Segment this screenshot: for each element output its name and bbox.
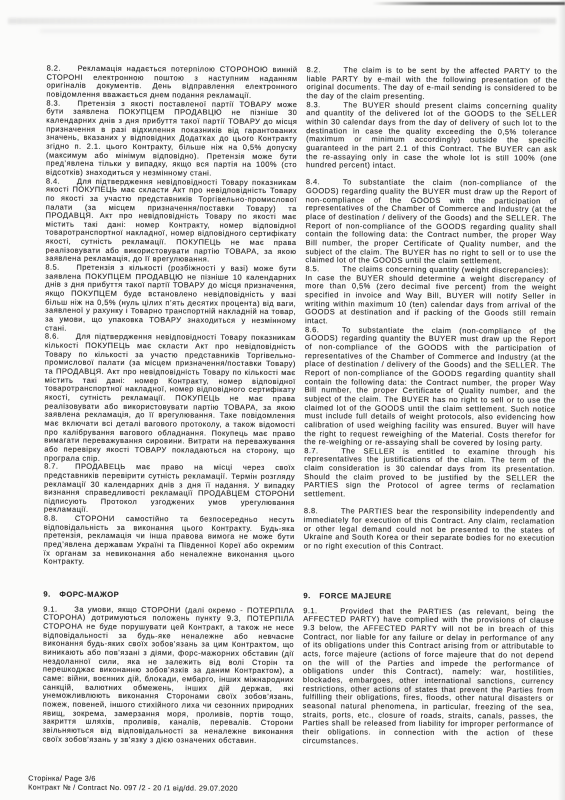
clause-8-6-en: 8.6.To substantiate the claim (non-compl…	[304, 326, 556, 449]
scanned-contract-page: 8.2.Рекламація надається потерпілою СТОР…	[0, 0, 565, 800]
section-title: FORCE MAJEURE	[319, 591, 391, 600]
clause-8-7-en: 8.7.The SELLER is entitled to examine th…	[304, 447, 555, 500]
page-footer: Сторінка/ Page 3/6 Контракт № / Contract…	[28, 773, 553, 795]
section-number: 9.	[303, 592, 319, 601]
clause-text: Рекламація надається потерпілою СТОРОНОЮ…	[46, 64, 297, 100]
section-9-force-majeure: 9.ФОРС-МАЖОР 9.1.За умови, якщо СТОРОНИ …	[42, 591, 554, 747]
clause-text: ПРОДАВЕЦЬ має право на місці через своїх…	[44, 462, 295, 514]
clause-text: The claim is to be sent by the affected …	[306, 65, 557, 100]
clause-8-7-uk: 8.7.ПРОДАВЕЦЬ має право на місці через с…	[44, 463, 295, 516]
clause-8-6-uk: 8.6.Для підтвердження невідповідності То…	[44, 333, 296, 464]
section-8-claims: 8.2.Рекламація надається потерпілою СТОР…	[44, 65, 558, 570]
clause-text: СТОРОНИ самостійно та безпосередньо несу…	[44, 514, 295, 566]
section-number: 9.	[43, 591, 59, 600]
column-ukrainian: 8.2.Рекламація надається потерпілою СТОР…	[44, 65, 298, 569]
clause-8-3-en: 8.3.The BUYER should present claims conc…	[306, 101, 557, 172]
column-english: 8.2.The claim is to be sent by the affec…	[304, 66, 558, 570]
scan-tilt-wrapper: 8.2.Рекламація надається потерпілою СТОР…	[0, 0, 565, 800]
clause-text: The PARTIES bear the responsibility inde…	[304, 507, 555, 551]
clause-8-4-en: 8.4.To substantiate the claim (non-compl…	[305, 179, 557, 267]
clause-9-1-en: 9.1.Provided that the PARTIES (as releva…	[302, 607, 554, 747]
section-title: ФОРС-МАЖОР	[59, 590, 119, 599]
clause-text: За умови, якщо СТОРОНИ (далі окремо - ПО…	[42, 604, 294, 744]
clause-text: The claims concerning quantity (weight d…	[305, 264, 556, 325]
clause-text: The SELLER is entitled to examine throug…	[304, 446, 555, 498]
column-english-sec9: 9.FORCE MAJEURE 9.1.Provided that the PA…	[302, 592, 554, 747]
clause-text: To substantiate the claim (non-complianc…	[304, 325, 556, 448]
clause-8-4-uk: 8.4.Для підтвердження невідповідності То…	[45, 177, 297, 265]
clause-8-3-uk: 8.3.Претензія з якості поставленої парті…	[46, 99, 297, 178]
clause-text: Претензія з кількості (розбіжності у ваз…	[45, 263, 296, 333]
clause-text: Provided that the PARTIES (as relevant, …	[302, 606, 554, 745]
contract-body: 8.2.Рекламація надається потерпілою СТОР…	[42, 65, 557, 796]
clause-8-8-en: 8.8.The PARTIES bear the responsibility …	[304, 507, 555, 552]
clause-8-8-uk: 8.8.СТОРОНИ самостійно та безпосередньо …	[44, 515, 295, 568]
clause-8-5-uk: 8.5.Претензія з кількості (розбіжності у…	[45, 264, 296, 335]
column-ukrainian-sec9: 9.ФОРС-МАЖОР 9.1.За умови, якщо СТОРОНИ …	[42, 591, 294, 746]
clause-text: The BUYER should present claims concerni…	[306, 100, 557, 170]
clause-8-2-en: 8.2.The claim is to be sent by the affec…	[306, 66, 557, 102]
clause-8-2-uk: 8.2.Рекламація надається потерпілою СТОР…	[46, 65, 297, 101]
clause-9-1-uk: 9.1.За умови, якщо СТОРОНИ (далі окремо …	[42, 605, 294, 745]
section-9-heading-uk: 9.ФОРС-МАЖОР	[43, 591, 294, 601]
footer-contract-number: Контракт № / Contract No. 097 /2 - 20 /1…	[28, 783, 553, 796]
clause-text: Для підтвердження невідповідності Товару…	[44, 332, 296, 462]
clause-8-5-en: 8.5.The claims concerning quantity (weig…	[305, 265, 556, 327]
clause-text: To substantiate the claim (non-complianc…	[305, 178, 557, 266]
section-9-heading-en: 9.FORCE MAJEURE	[303, 592, 554, 602]
clause-text: Для підтвердження невідповідності Товару…	[45, 176, 297, 264]
clause-text: Претензія з якості поставленої партії ТО…	[46, 98, 297, 177]
